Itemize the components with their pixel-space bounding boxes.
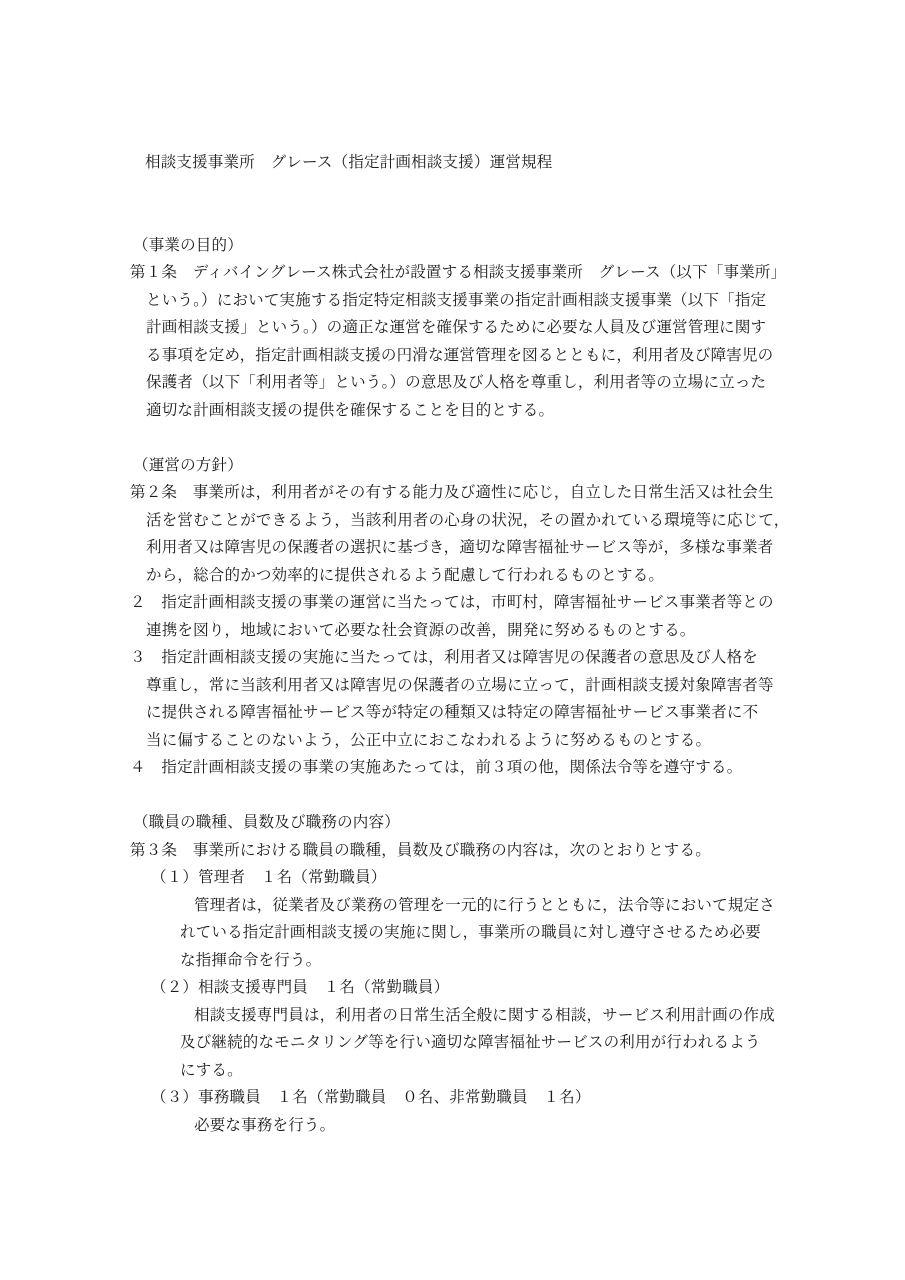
article-1-line: 保護者（以下「利用者等」という。）の意思及び人格を尊重し，利用者等の立場に立った [0,369,905,397]
article-2-paragraph-3-line: に提供される障害福祉サービス等が特定の種類又は特定の障害福祉サービス事業者に不 [0,699,905,727]
staff-item-3-desc-line: 必要な事務を行う。 [0,1112,905,1140]
article-2-paragraph-3-line: ３ 指定計画相談支援の実施に当たっては，利用者又は障害児の保護者の意思及び人格を [0,644,905,672]
section-heading-purpose: （事業の目的） [0,232,905,260]
article-2-line: から，総合的かつ効率的に提供されるよう配慮して行われるものとする。 [0,562,905,590]
article-1-line: る事項を定め，指定計画相談支援の円滑な運営管理を図るとともに，利用者及び障害児の [0,342,905,370]
article-2-paragraph-4-line: ４ 指定計画相談支援の事業の実施あたっては，前３項の他，関係法令等を遵守する。 [0,754,905,782]
staff-item-1-desc-line: な指揮命令を行う。 [0,947,905,975]
staff-item-1-desc-line: れている指定計画相談支援の実施に関し，事業所の職員に対し遵守させるため必要 [0,919,905,947]
article-3-line: 第３条 事業所における職員の職種，員数及び職務の内容は，次のとおりとする。 [0,837,905,865]
staff-item-1-desc-line: 管理者は，従業者及び業務の管理を一元的に行うとともに，法令等において規定さ [0,892,905,920]
section-heading-policy: （運営の方針） [0,452,905,480]
document-page: 相談支援事業所 グレース（指定計画相談支援）運営規程 （事業の目的） 第１条 デ… [0,0,905,1280]
article-1-line: 第１条 ディバイングレース株式会社が設置する相談支援事業所 グレース（以下「事業… [0,259,905,287]
article-1-line: という。）において実施する指定特定相談支援事業の指定計画相談支援事業（以下「指定 [0,287,905,315]
staff-item-2-desc-line: にする。 [0,1057,905,1085]
article-2-paragraph-3-line: 当に偏することのないよう，公正中立におこなわれるように努めるものとする。 [0,727,905,755]
article-2-paragraph-2-line: 連携を図り，地域において必要な社会資源の改善，開発に努めるものとする。 [0,617,905,645]
staff-item-2-desc-line: 及び継続的なモニタリング等を行い適切な障害福祉サービスの利用が行われるよう [0,1029,905,1057]
article-1-line: 計画相談支援」という。）の適正な運営を確保するために必要な人員及び運営管理に関す [0,314,905,342]
staff-item-2-label: （２）相談支援専門員 １名（常勤職員） [0,974,905,1002]
article-2-paragraph-3-line: 尊重し，常に当該利用者又は障害児の保護者の立場に立って，計画相談支援対象障害者等 [0,672,905,700]
staff-item-3-label: （３）事務職員 １名（常勤職員 ０名、非常勤職員 １名） [0,1084,905,1112]
article-2-line: 第２条 事業所は，利用者がその有する能力及び適性に応じ，自立した日常生活又は社会… [0,479,905,507]
article-2-line: 利用者又は障害児の保護者の選択に基づき，適切な障害福祉サービス等が，多様な事業者 [0,534,905,562]
document-title: 相談支援事業所 グレース（指定計画相談支援）運営規程 [0,149,905,177]
article-1-line: 適切な計画相談支援の提供を確保することを目的とする。 [0,397,905,425]
staff-item-2-desc-line: 相談支援専門員は，利用者の日常生活全般に関する相談，サービス利用計画の作成 [0,1002,905,1030]
article-2-line: 活を営むことができるよう，当該利用者の心身の状況，その置かれている環境等に応じて… [0,507,905,535]
staff-item-1-label: （１）管理者 １名（常勤職員） [0,864,905,892]
article-2-paragraph-2-line: ２ 指定計画相談支援の事業の運営に当たっては，市町村，障害福祉サービス事業者等と… [0,589,905,617]
section-heading-staff: （職員の職種、員数及び職務の内容） [0,809,905,837]
